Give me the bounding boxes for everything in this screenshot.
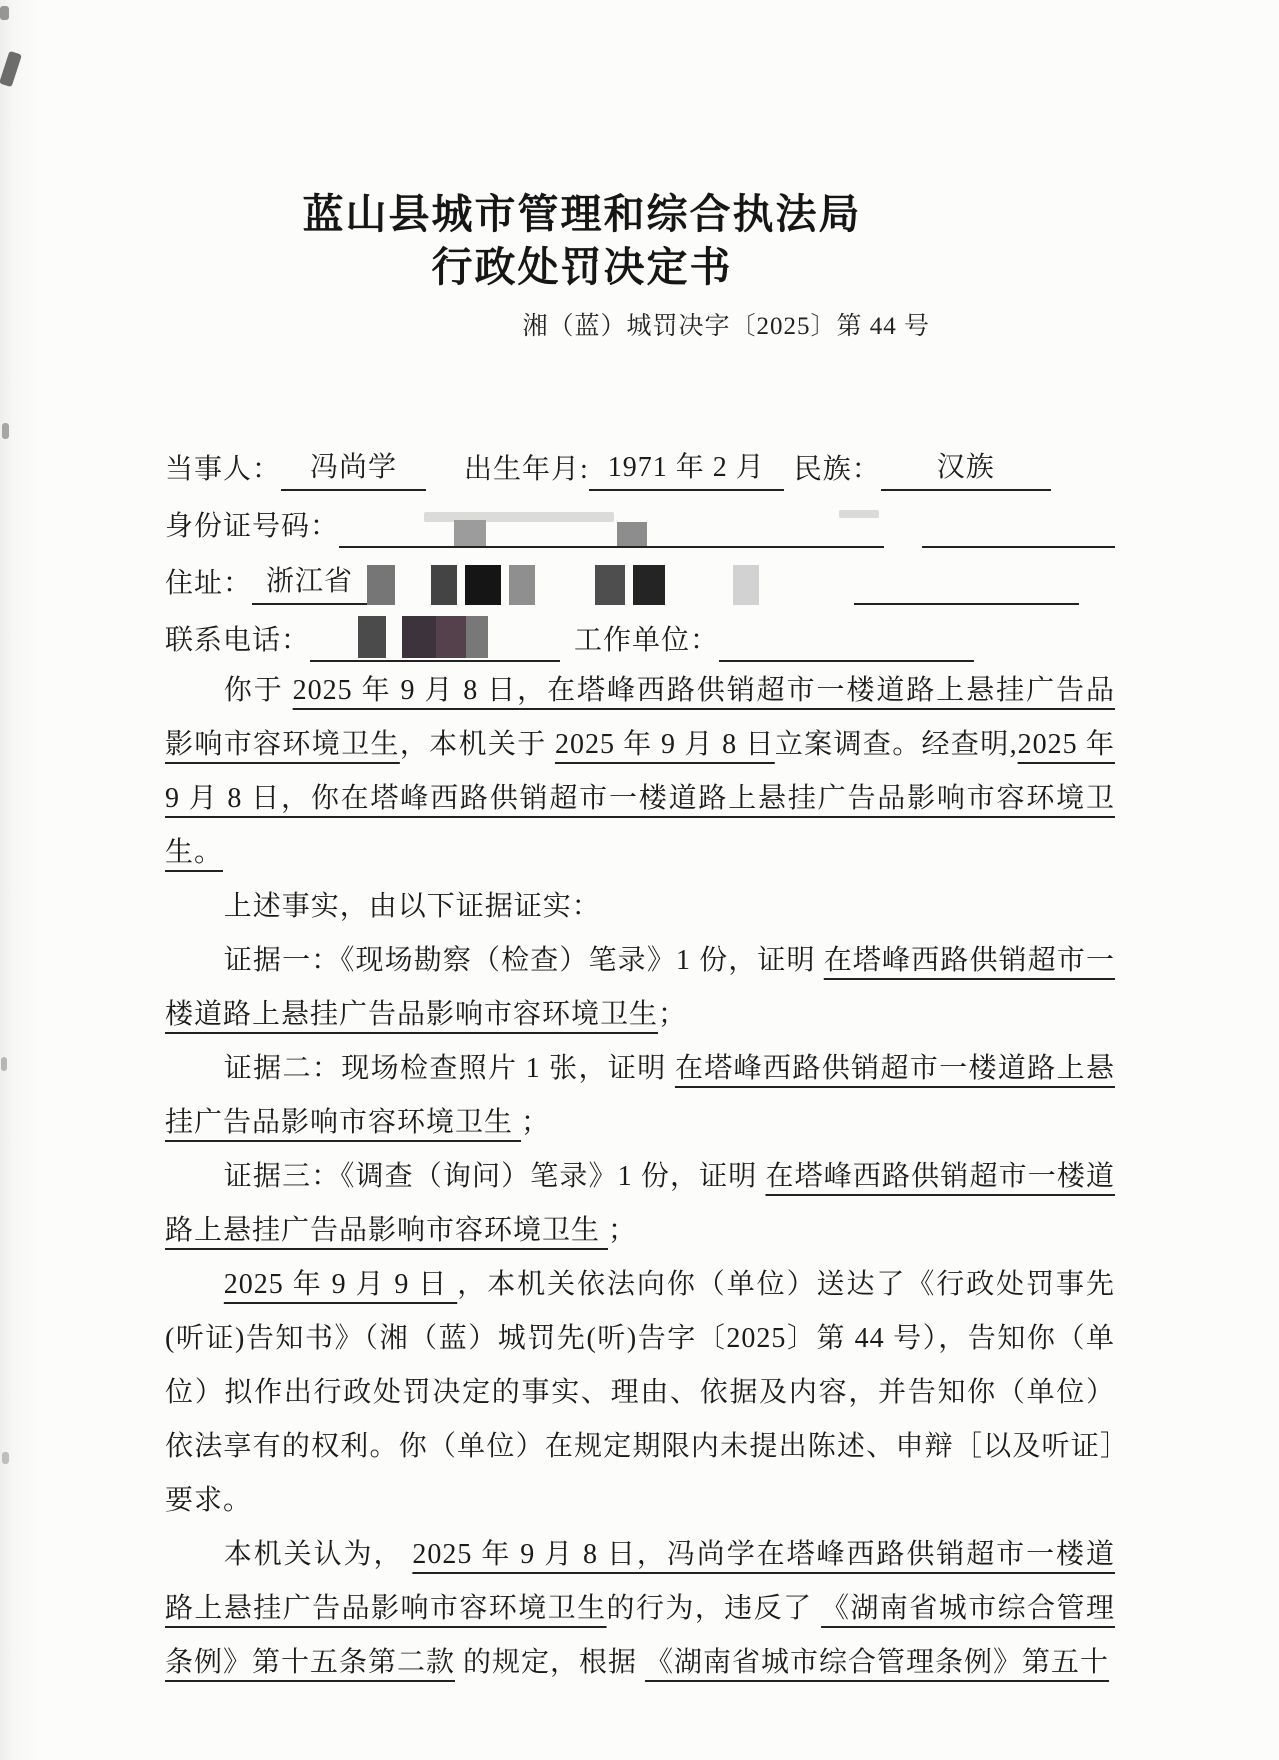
form-row-id: 身份证号码： (165, 491, 1115, 548)
text-segment: ，本机关依法向你（单位）送达了《行政处罚事先(听证)告知书》（湘（蓝）城罚先(听… (165, 1269, 1115, 1516)
text-segment: 证据二：现场检查照片 1 张，证明 (224, 1053, 675, 1084)
redaction-block (465, 565, 501, 605)
form-row-party: 当事人： 冯尚学 出生年月: 1971 年 2 月 民族： 汉族 (165, 434, 1115, 491)
redaction-block (509, 565, 535, 605)
text-segment: 你于 (224, 675, 293, 706)
ethnic-label: 民族： (794, 447, 881, 491)
text-segment: 上述事实，由以下证据证实： (224, 891, 601, 922)
scan-mark (2, 1452, 9, 1464)
document-type-title: 行政处罚决定书 (107, 241, 1057, 294)
text-segment: 2025 年 9 月 9 日 (224, 1269, 457, 1300)
paragraph-finding: 本机关认为， 2025 年 9 月 8 日，冯尚学在塔峰西路供销超市一楼道路上悬… (165, 1528, 1115, 1690)
phone-redacted-field (310, 622, 560, 662)
decision-body: 你于 2025 年 9 月 8 日，在塔峰西路供销超市一楼道路上悬挂广告品影响市… (165, 664, 1115, 1690)
redaction-block (367, 565, 395, 605)
form-row-address: 住址： 浙江省 (165, 548, 1115, 605)
paragraph-evidence-2: 证据二：现场检查照片 1 张，证明 在塔峰西路供销超市一楼道路上悬挂广告品影响市… (165, 1042, 1115, 1150)
redaction-block (402, 616, 436, 658)
issuing-agency-title: 蓝山县城市管理和综合执法局 (107, 188, 1057, 241)
redaction-block (436, 616, 466, 658)
paragraph-evidence-3: 证据三：《调查（询问）笔录》1 份，证明 在塔峰西路供销超市一楼道路上悬挂广告品… (165, 1150, 1115, 1258)
id-label: 身份证号码： (165, 504, 339, 548)
form-row-phone: 联系电话： 工作单位： (165, 605, 1115, 662)
birth-value: 1971 年 2 月 (589, 445, 784, 491)
paragraph-notice: 2025 年 9 月 9 日 ，本机关依法向你（单位）送达了《行政处罚事先(听证… (165, 1258, 1115, 1528)
text-segment: 证据三：《调查（询问）笔录》1 份，证明 (224, 1161, 766, 1192)
text-segment: ，本机关于 (400, 729, 555, 760)
birth-label: 出生年月: (464, 447, 589, 491)
address-redaction (367, 565, 759, 605)
work-underline (719, 624, 974, 662)
text-segment: 证据一：《现场勘察（检查）笔录》1 份，证明 (224, 945, 824, 976)
scan-mark (0, 6, 9, 20)
id-redacted-field (339, 508, 878, 548)
text-segment: 《湖南省城市综合管理条例》第五十 (645, 1647, 1109, 1678)
party-label: 当事人： (165, 447, 281, 491)
text-segment: 的行为，违反了 (607, 1593, 822, 1624)
text-segment: ； (658, 999, 687, 1030)
redaction-block (633, 565, 665, 605)
redaction-block (595, 565, 625, 605)
phone-label: 联系电话： (165, 618, 310, 662)
document-number: 湘（蓝）城罚决字〔2025〕第 44 号 (165, 306, 1115, 342)
party-value: 冯尚学 (281, 445, 426, 491)
document-content: 蓝山县城市管理和综合执法局 行政处罚决定书 湘（蓝）城罚决字〔2025〕第 44… (165, 188, 1115, 1690)
text-segment: ； (608, 1215, 637, 1246)
text-segment: ； (521, 1107, 550, 1138)
ethnic-value: 汉族 (881, 445, 1051, 491)
id-field-underline-2 (922, 510, 1115, 548)
address-label: 住址： (165, 561, 252, 605)
redaction-block (431, 565, 457, 605)
redaction-block (733, 565, 759, 605)
paragraph-evidence-intro: 上述事实，由以下证据证实： (165, 880, 1115, 934)
work-label: 工作单位： (574, 618, 719, 662)
scan-mark (1, 1057, 7, 1071)
redaction-smear (424, 512, 614, 522)
address-underline-2 (854, 567, 1079, 605)
paragraph-facts: 你于 2025 年 9 月 8 日，在塔峰西路供销超市一楼道路上悬挂广告品影响市… (165, 664, 1115, 880)
text-segment: 本机关认为， (224, 1539, 413, 1570)
document-title: 蓝山县城市管理和综合执法局 行政处罚决定书 (107, 188, 1057, 294)
redaction-block (454, 520, 486, 546)
text-segment: 2025 年 9 月 8 日 (555, 729, 775, 760)
paragraph-evidence-1: 证据一：《现场勘察（检查）笔录》1 份，证明 在塔峰西路供销超市一楼道路上悬挂广… (165, 934, 1115, 1042)
scan-mark (0, 51, 22, 87)
text-segment: 的规定，根据 (455, 1647, 645, 1678)
redaction-smear (839, 510, 879, 518)
scan-mark (2, 423, 9, 439)
scanned-document-page: 蓝山县城市管理和综合执法局 行政处罚决定书 湘（蓝）城罚决字〔2025〕第 44… (0, 0, 1279, 1760)
party-info-form: 当事人： 冯尚学 出生年月: 1971 年 2 月 民族： 汉族 身份证号码： (165, 434, 1115, 662)
text-segment: 立案调查。经查明, (775, 729, 1018, 760)
redaction-block (358, 616, 386, 658)
address-value: 浙江省 (252, 559, 367, 605)
redaction-block (466, 616, 488, 658)
redaction-block (617, 522, 647, 546)
